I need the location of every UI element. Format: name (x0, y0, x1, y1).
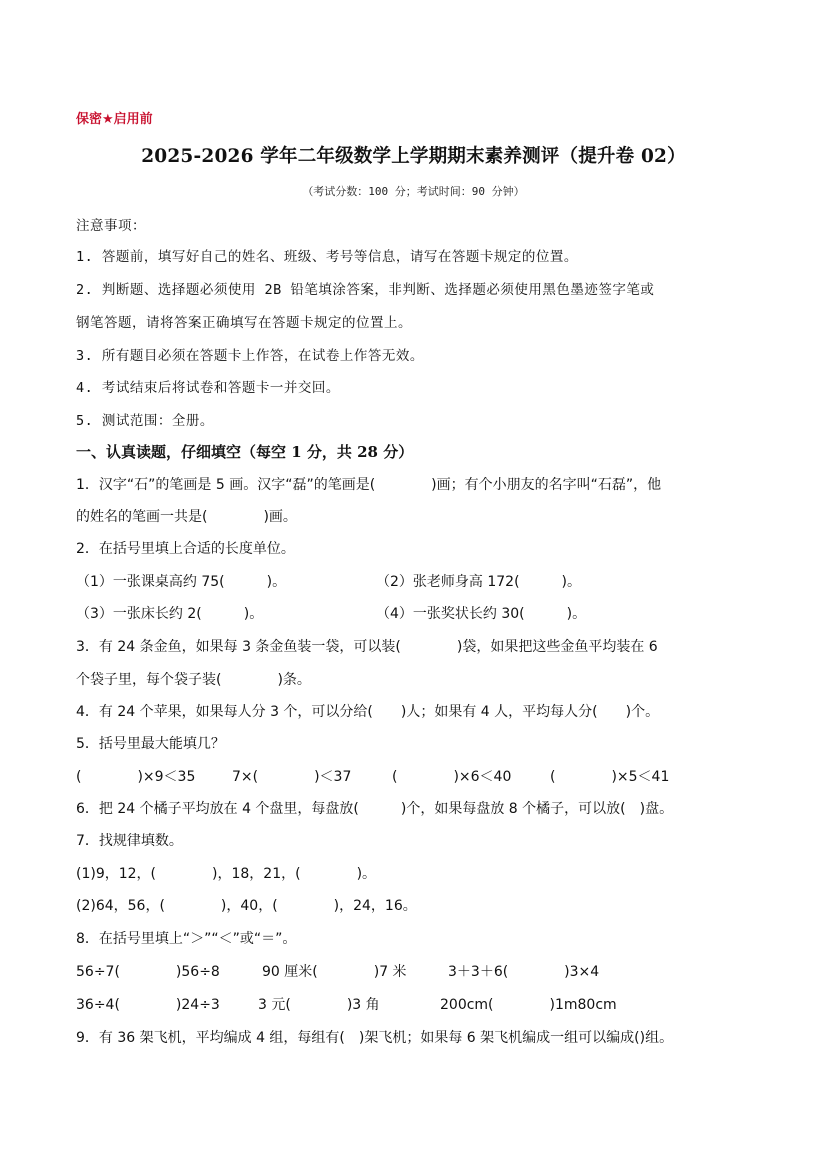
question-2-part-3: （3）一张床长约 2( )。 (76, 604, 263, 624)
question-8-item: 36÷4( )24÷3 (76, 995, 220, 1015)
question-8-item: 56÷7( )56÷8 (76, 962, 220, 982)
exam-title: 2025-2026 学年二年级数学上学期期末素养测评（提升卷 02） (0, 142, 827, 168)
question-2-part-4: （4）一张奖状长约 30( )。 (376, 604, 586, 624)
confidential-label: 保密★启用前 (76, 108, 153, 127)
question-5-item: ( )×6＜40 (392, 767, 511, 787)
note-item: 1. 答题前，填写好自己的姓名、班级、考号等信息，请写在答题卡规定的位置。 (76, 247, 578, 267)
question-7-part-1: (1)9，12，( )，18，21，( )。 (76, 864, 376, 884)
question-3-line-1: 3．有 24 条金鱼，如果每 3 条金鱼装一袋，可以装( )袋，如果把这些金鱼平… (76, 637, 658, 657)
note-item: 3. 所有题目必须在答题卡上作答，在试卷上作答无效。 (76, 346, 424, 366)
note-item: 2. 判断题、选择题必须使用 2B 铅笔填涂答案，非判断、选择题必须使用黑色墨迹… (76, 280, 654, 300)
question-7-stem: 7．找规律填数。 (76, 831, 183, 851)
question-2-part-1: （1）一张课桌高约 75( )。 (76, 572, 286, 592)
question-8-stem: 8．在括号里填上“＞”“＜”或“＝”。 (76, 929, 296, 949)
note-item: 4. 考试结束后将试卷和答题卡一并交回。 (76, 378, 340, 398)
question-5-stem: 5．括号里最大能填几？ (76, 734, 225, 754)
exam-subtitle: （考试分数：100 分；考试时间：90 分钟） (0, 183, 827, 199)
question-2-part-2: （2）张老师身高 172( )。 (376, 572, 581, 592)
question-6: 6．把 24 个橘子平均放在 4 个盘里，每盘放( )个，如果每盘放 8 个橘子… (76, 799, 673, 819)
question-1-line-2: 的姓名的笔画一共是( )画。 (76, 507, 297, 527)
question-4: 4．有 24 个苹果，如果每人分 3 个，可以分给( )人；如果有 4 人，平均… (76, 702, 659, 722)
question-8-item: 3 元( )3 角 (258, 995, 380, 1015)
question-1-line-1: 1．汉字“石”的笔画是 5 画。汉字“磊”的笔画是( )画；有个小朋友的名字叫“… (76, 475, 661, 495)
question-5-item: ( )×9＜35 (76, 767, 195, 787)
question-8-item: 200cm( )1m80cm (440, 995, 617, 1015)
question-2-stem: 2．在括号里填上合适的长度单位。 (76, 539, 295, 559)
question-8-item: 90 厘米( )7 米 (262, 962, 407, 982)
question-5-item: 7×( )＜37 (232, 767, 351, 787)
note-item: 钢笔答题，请将答案正确填写在答题卡规定的位置上。 (76, 313, 412, 333)
exam-page: 保密★启用前 2025-2026 学年二年级数学上学期期末素养测评（提升卷 02… (0, 0, 827, 1169)
notes-heading: 注意事项： (76, 216, 146, 236)
note-item: 5. 测试范围：全册。 (76, 411, 214, 431)
question-5-item: ( )×5＜41 (550, 767, 669, 787)
question-9: 9．有 36 架飞机，平均编成 4 组，每组有( )架飞机；如果每 6 架飞机编… (76, 1028, 673, 1048)
section-heading: 一、认真读题，仔细填空（每空 1 分，共 28 分） (76, 442, 413, 462)
question-8-item: 3＋3＋6( )3×4 (448, 962, 599, 982)
question-3-line-2: 个袋子里，每个袋子装( )条。 (76, 670, 311, 690)
question-7-part-2: (2)64，56，( )，40，( )，24，16。 (76, 896, 417, 916)
